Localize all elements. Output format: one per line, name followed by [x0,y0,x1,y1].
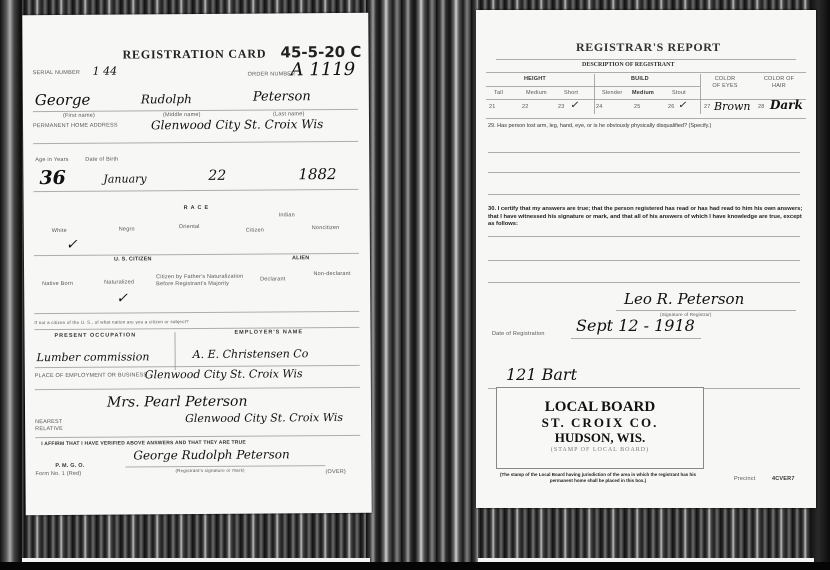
race-heading: RACE [184,205,212,211]
form-number: Form No. 1 (Red) [35,471,81,477]
build-slender: Slender [602,90,622,96]
row-num-27: 27 [704,104,711,110]
report-subtitle: DESCRIPTION OF REGISTRANT [582,62,674,68]
race-citizen: Citizen [246,228,264,234]
address-label: PERMANENT HOME ADDRESS [33,123,118,130]
stamp-note: (The stamp of the Local Board having jur… [488,472,708,484]
row-num-21: 21 [489,104,496,110]
row-num-24: 24 [596,104,603,110]
local-board-stamp: LOCAL BOARD ST. CROIX CO. HUDSON, WIS. (… [496,387,704,469]
report-title: REGISTRAR'S REPORT [576,40,721,55]
eyes-heading: COLOR OF EYES [710,76,740,90]
place-of-employment: Glenwood City St. Croix Wis [145,367,303,381]
nearest-relative-address: Glenwood City St. Croix Wis [185,411,343,425]
dob-day: 22 [208,168,226,184]
film-strip-center [366,0,478,570]
dob-label: Date of Birth [85,157,118,163]
build-stout: Stout [672,90,686,96]
answer-line [488,194,800,195]
dob-year: 1882 [298,165,336,183]
age-label: Age in Years [35,157,68,163]
build-heading: BUILD [631,76,649,82]
employer-heading: EMPLOYER'S NAME [234,329,303,335]
question-29: 29. Has person lost arm, leg, hand, eye,… [488,122,804,130]
last-name: Peterson [253,89,311,104]
registrars-report-card: REGISTRAR'S REPORT DESCRIPTION OF REGIST… [476,10,816,508]
divider [33,141,358,144]
divider [486,72,806,73]
middle-name: Rudolph [141,92,192,106]
stamp-line-1: LOCAL BOARD [497,400,703,415]
divider [486,86,700,87]
naturalized-label: Naturalized [104,279,134,285]
serial-number-label: SERIAL NUMBER [33,70,80,76]
stamp-line-4: (STAMP OF LOCAL BOARD) [497,447,703,453]
row-num-26: 26 [668,104,675,110]
age: 36 [39,167,66,189]
short-checkmark: ✓ [570,100,578,111]
home-address: Glenwood City St. Croix Wis [151,117,323,132]
first-name-label: (First name) [63,113,95,119]
stamp-line-3: HUDSON, WIS. [497,430,703,445]
nearest-relative-name: Mrs. Pearl Peterson [107,394,248,411]
dob-month: January [103,172,146,185]
over-label: (OVER) [325,469,345,475]
footer-label: Precinct [734,476,755,482]
occupation-heading: PRESENT OCCUPATION [54,332,136,339]
us-citizen-heading: U. S. CITIZEN [114,256,152,262]
serial-number: 1 44 [93,65,118,78]
race-negro: Negro [119,226,135,232]
non-declarant-label: Non-declarant [312,271,352,278]
order-number: A 1119 [291,59,356,80]
answer-line [488,172,800,173]
form-label: P. M. G. O. [55,463,84,469]
order-number-label: ORDER NUMBER [248,71,296,77]
q15-label: If not a citizen of the U. S., of what n… [34,319,188,325]
height-short: Short [564,90,578,96]
question-30: 30. I certify that my answers are true; … [488,206,804,229]
divider [594,74,595,114]
race-oriental: Oriental [179,224,200,230]
answer-line [488,152,800,153]
affirmation-text: I AFFIRM THAT I HAVE VERIFIED ABOVE ANSW… [41,440,246,447]
height-medium: Medium [526,90,547,96]
divider [174,332,175,370]
divider [34,253,359,256]
registration-date: Sept 12 - 1918 [576,316,695,335]
alien-heading: ALIEN [292,255,310,261]
signature-label: (Registrant's signature or mark) [175,468,244,473]
footer-code: 4CVER7 [772,476,795,482]
divider [34,327,359,330]
place-of-employment-label: PLACE OF EMPLOYMENT OR BUSINESS [35,372,148,379]
build-medium: Medium [632,90,654,96]
film-edge-left [0,0,22,570]
nearest-relative-label: NEAREST RELATIVE [35,419,75,433]
naturalized-checkmark: ✓ [116,290,128,306]
divider [700,74,701,114]
answer-line [488,282,800,283]
registrar-signature: Leo R. Peterson [624,290,744,308]
indian-label: Indian [279,212,295,218]
registration-card: REGISTRATION CARD 45-5-20 C SERIAL NUMBE… [22,13,371,515]
row-num-28: 28 [758,104,765,110]
row-num-25: 25 [634,104,641,110]
hair-color: Dark [770,98,803,112]
race-noncitizen: Noncitizen [312,225,340,231]
race-white: White [52,228,67,234]
height-tall: Tall [494,90,503,96]
eye-color: Brown [714,100,750,113]
date-label: Date of Registration [492,331,545,337]
citizen-by-father-label: Citizen by Father's Naturalization Befor… [156,274,246,289]
divider [486,118,806,119]
row-num-22: 22 [522,104,529,110]
divider [496,59,796,60]
card-title: REGISTRATION CARD [122,47,266,63]
declarant-label: Declarant [260,276,285,282]
answer-line [488,260,800,261]
hair-heading: COLOR OF HAIR [761,76,797,90]
occupation: Lumber commission [37,350,150,364]
first-name: George [35,91,91,109]
divider [35,387,360,390]
film-bottom [0,562,830,570]
height-heading: HEIGHT [524,76,546,82]
stout-checkmark: ✓ [678,100,686,111]
answer-line [488,236,800,237]
divider [35,435,360,438]
divider [34,311,359,314]
row-num-23: 23 [558,104,565,110]
employer-name: A. E. Christensen Co [193,347,309,361]
precinct-notation: 121 Bart [506,365,577,384]
white-checkmark: ✓ [66,237,78,253]
native-born-label: Native Born [42,281,73,287]
stamp-line-2: ST. CROIX CO. [497,415,703,430]
signature-line [616,310,796,311]
date-line [571,338,701,339]
registrant-signature: George Rudolph Peterson [133,447,289,462]
divider [486,99,806,100]
divider [33,189,358,192]
